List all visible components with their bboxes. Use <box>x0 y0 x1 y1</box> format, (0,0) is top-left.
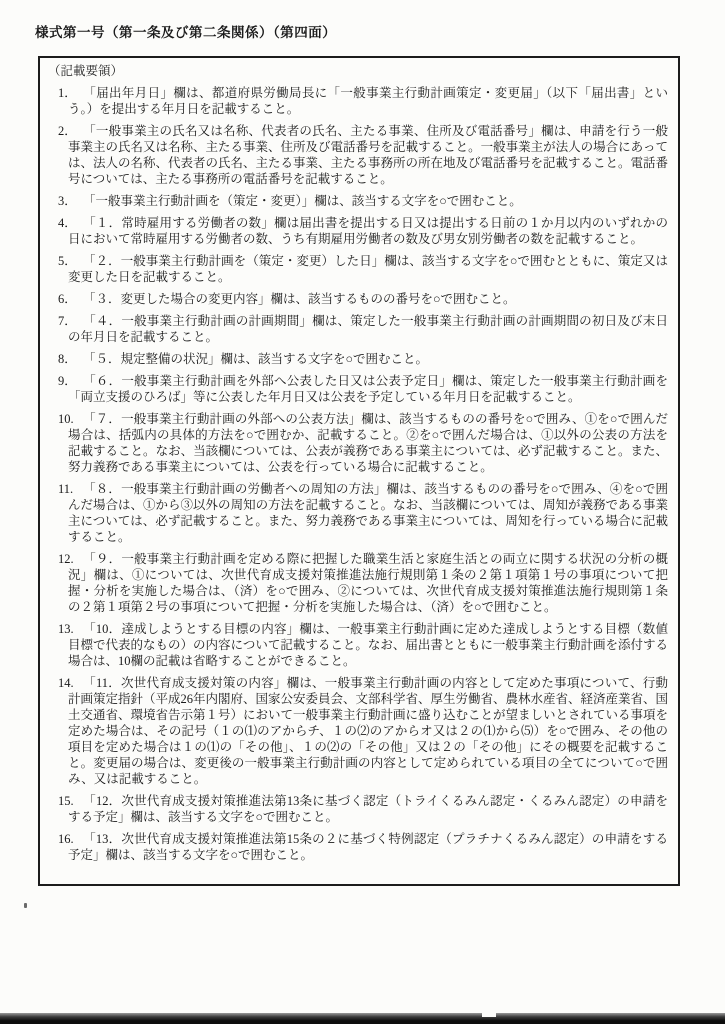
list-item: 12.「９．一般事業主行動計画を定める際に把握した職業生活と家庭生活との両立に関… <box>48 551 668 615</box>
list-item: 15.「12．次世代育成支援対策推進法第13条に基づく認定（トライくるみん認定・… <box>48 793 668 825</box>
item-text: 「届出年月日」欄は、都道府県労働局長に「一般事業主行動計画策定・変更届」（以下「… <box>68 86 668 116</box>
item-number: 2． <box>58 123 83 139</box>
list-item: 11.「８．一般事業主行動計画の労働者への周知の方法」欄は、該当するものの番号を… <box>48 481 668 545</box>
list-item: 13.「10．達成しようとする目標の内容」欄は、一般事業主行動計画に定めた達成し… <box>48 621 668 669</box>
item-text: 「11．次世代育成支援対策の内容」欄は、一般事業主行動計画の内容として定めた事項… <box>68 676 668 786</box>
item-text: 「４．一般事業主行動計画の計画期間」欄は、策定した一般事業主行動計画の計画期間の… <box>68 314 668 344</box>
item-text: 「１．常時雇用する労働者の数」欄は届出書を提出する日又は提出する日前の１か月以内… <box>68 216 668 246</box>
list-item: 9．「６．一般事業主行動計画を外部へ公表した日又は公表予定日」欄は、策定した一般… <box>48 373 668 405</box>
item-number: 10. <box>58 411 83 427</box>
list-item: 16.「13．次世代育成支援対策推進法第15条の２に基づく特例認定（プラチナくる… <box>48 831 668 863</box>
item-text: 「13．次世代育成支援対策推進法第15条の２に基づく特例認定（プラチナくるみん認… <box>68 832 668 862</box>
item-number: 15. <box>58 793 83 809</box>
scan-artifact-speck <box>24 903 27 908</box>
item-number: 12. <box>58 551 83 567</box>
list-item: 5．「２．一般事業主行動計画を（策定・変更）した日」欄は、該当する文字を○で囲む… <box>48 253 668 285</box>
list-item: 10.「７．一般事業主行動計画の外部への公表方法」欄は、該当するものの番号を○で… <box>48 411 668 475</box>
list-item: 14.「11．次世代育成支援対策の内容」欄は、一般事業主行動計画の内容として定め… <box>48 675 668 787</box>
item-text: 「８．一般事業主行動計画の労働者への周知の方法」欄は、該当するものの番号を○で囲… <box>68 482 668 544</box>
item-text: 「７．一般事業主行動計画の外部への公表方法」欄は、該当するものの番号を○で囲み、… <box>68 412 668 474</box>
list-item: 6．「３．変更した場合の変更内容」欄は、該当するものの番号を○で囲むこと。 <box>48 291 668 307</box>
page-title: 様式第一号（第一条及び第二条関係）（第四面） <box>35 21 336 41</box>
item-number: 9． <box>58 373 83 389</box>
item-number: 8． <box>58 351 83 367</box>
list-item: 1．「届出年月日」欄は、都道府県労働局長に「一般事業主行動計画策定・変更届」（以… <box>48 85 668 117</box>
item-number: 3． <box>58 193 83 209</box>
item-number: 6． <box>58 291 83 307</box>
instructions-box: （記載要領） 1．「届出年月日」欄は、都道府県労働局長に「一般事業主行動計画策定… <box>38 56 680 886</box>
list-item: 3．「一般事業主行動計画を（策定・変更）」欄は、該当する文字を○で囲むこと。 <box>48 193 668 209</box>
list-item: 4．「１．常時雇用する労働者の数」欄は届出書を提出する日又は提出する日前の１か月… <box>48 215 668 247</box>
item-text: 「９．一般事業主行動計画を定める際に把握した職業生活と家庭生活との両立に関する状… <box>68 552 668 614</box>
item-number: 13. <box>58 621 83 637</box>
item-text: 「一般事業主の氏名又は名称、代表者の氏名、主たる事業、住所及び電話番号」欄は、申… <box>68 124 668 186</box>
scan-artifact-bar <box>0 1013 725 1024</box>
document-page: 様式第一号（第一条及び第二条関係）（第四面） （記載要領） 1．「届出年月日」欄… <box>0 0 725 1024</box>
item-number: 16. <box>58 831 83 847</box>
item-text: 「10．達成しようとする目標の内容」欄は、一般事業主行動計画に定めた達成しようと… <box>68 622 668 668</box>
item-text: 「12．次世代育成支援対策推進法第13条に基づく認定（トライくるみん認定・くるみ… <box>68 794 668 824</box>
item-text: 「６．一般事業主行動計画を外部へ公表した日又は公表予定日」欄は、策定した一般事業… <box>68 374 668 404</box>
item-number: 14. <box>58 675 83 691</box>
box-heading: （記載要領） <box>48 63 668 80</box>
item-number: 4． <box>58 215 83 231</box>
item-text: 「３．変更した場合の変更内容」欄は、該当するものの番号を○で囲むこと。 <box>83 292 516 306</box>
item-text: 「２．一般事業主行動計画を（策定・変更）した日」欄は、該当する文字を○で囲むとと… <box>68 254 668 284</box>
item-number: 7． <box>58 313 83 329</box>
instruction-list: 1．「届出年月日」欄は、都道府県労働局長に「一般事業主行動計画策定・変更届」（以… <box>48 85 668 863</box>
list-item: 2．「一般事業主の氏名又は名称、代表者の氏名、主たる事業、住所及び電話番号」欄は… <box>48 123 668 187</box>
list-item: 8．「５．規定整備の状況」欄は、該当する文字を○で囲むこと。 <box>48 351 668 367</box>
item-number: 1． <box>58 85 83 101</box>
list-item: 7．「４．一般事業主行動計画の計画期間」欄は、策定した一般事業主行動計画の計画期… <box>48 313 668 345</box>
item-number: 11. <box>58 481 83 497</box>
item-text: 「５．規定整備の状況」欄は、該当する文字を○で囲むこと。 <box>83 352 428 366</box>
scan-artifact-notch <box>482 1013 496 1017</box>
item-text: 「一般事業主行動計画を（策定・変更）」欄は、該当する文字を○で囲むこと。 <box>83 194 522 208</box>
item-number: 5． <box>58 253 83 269</box>
